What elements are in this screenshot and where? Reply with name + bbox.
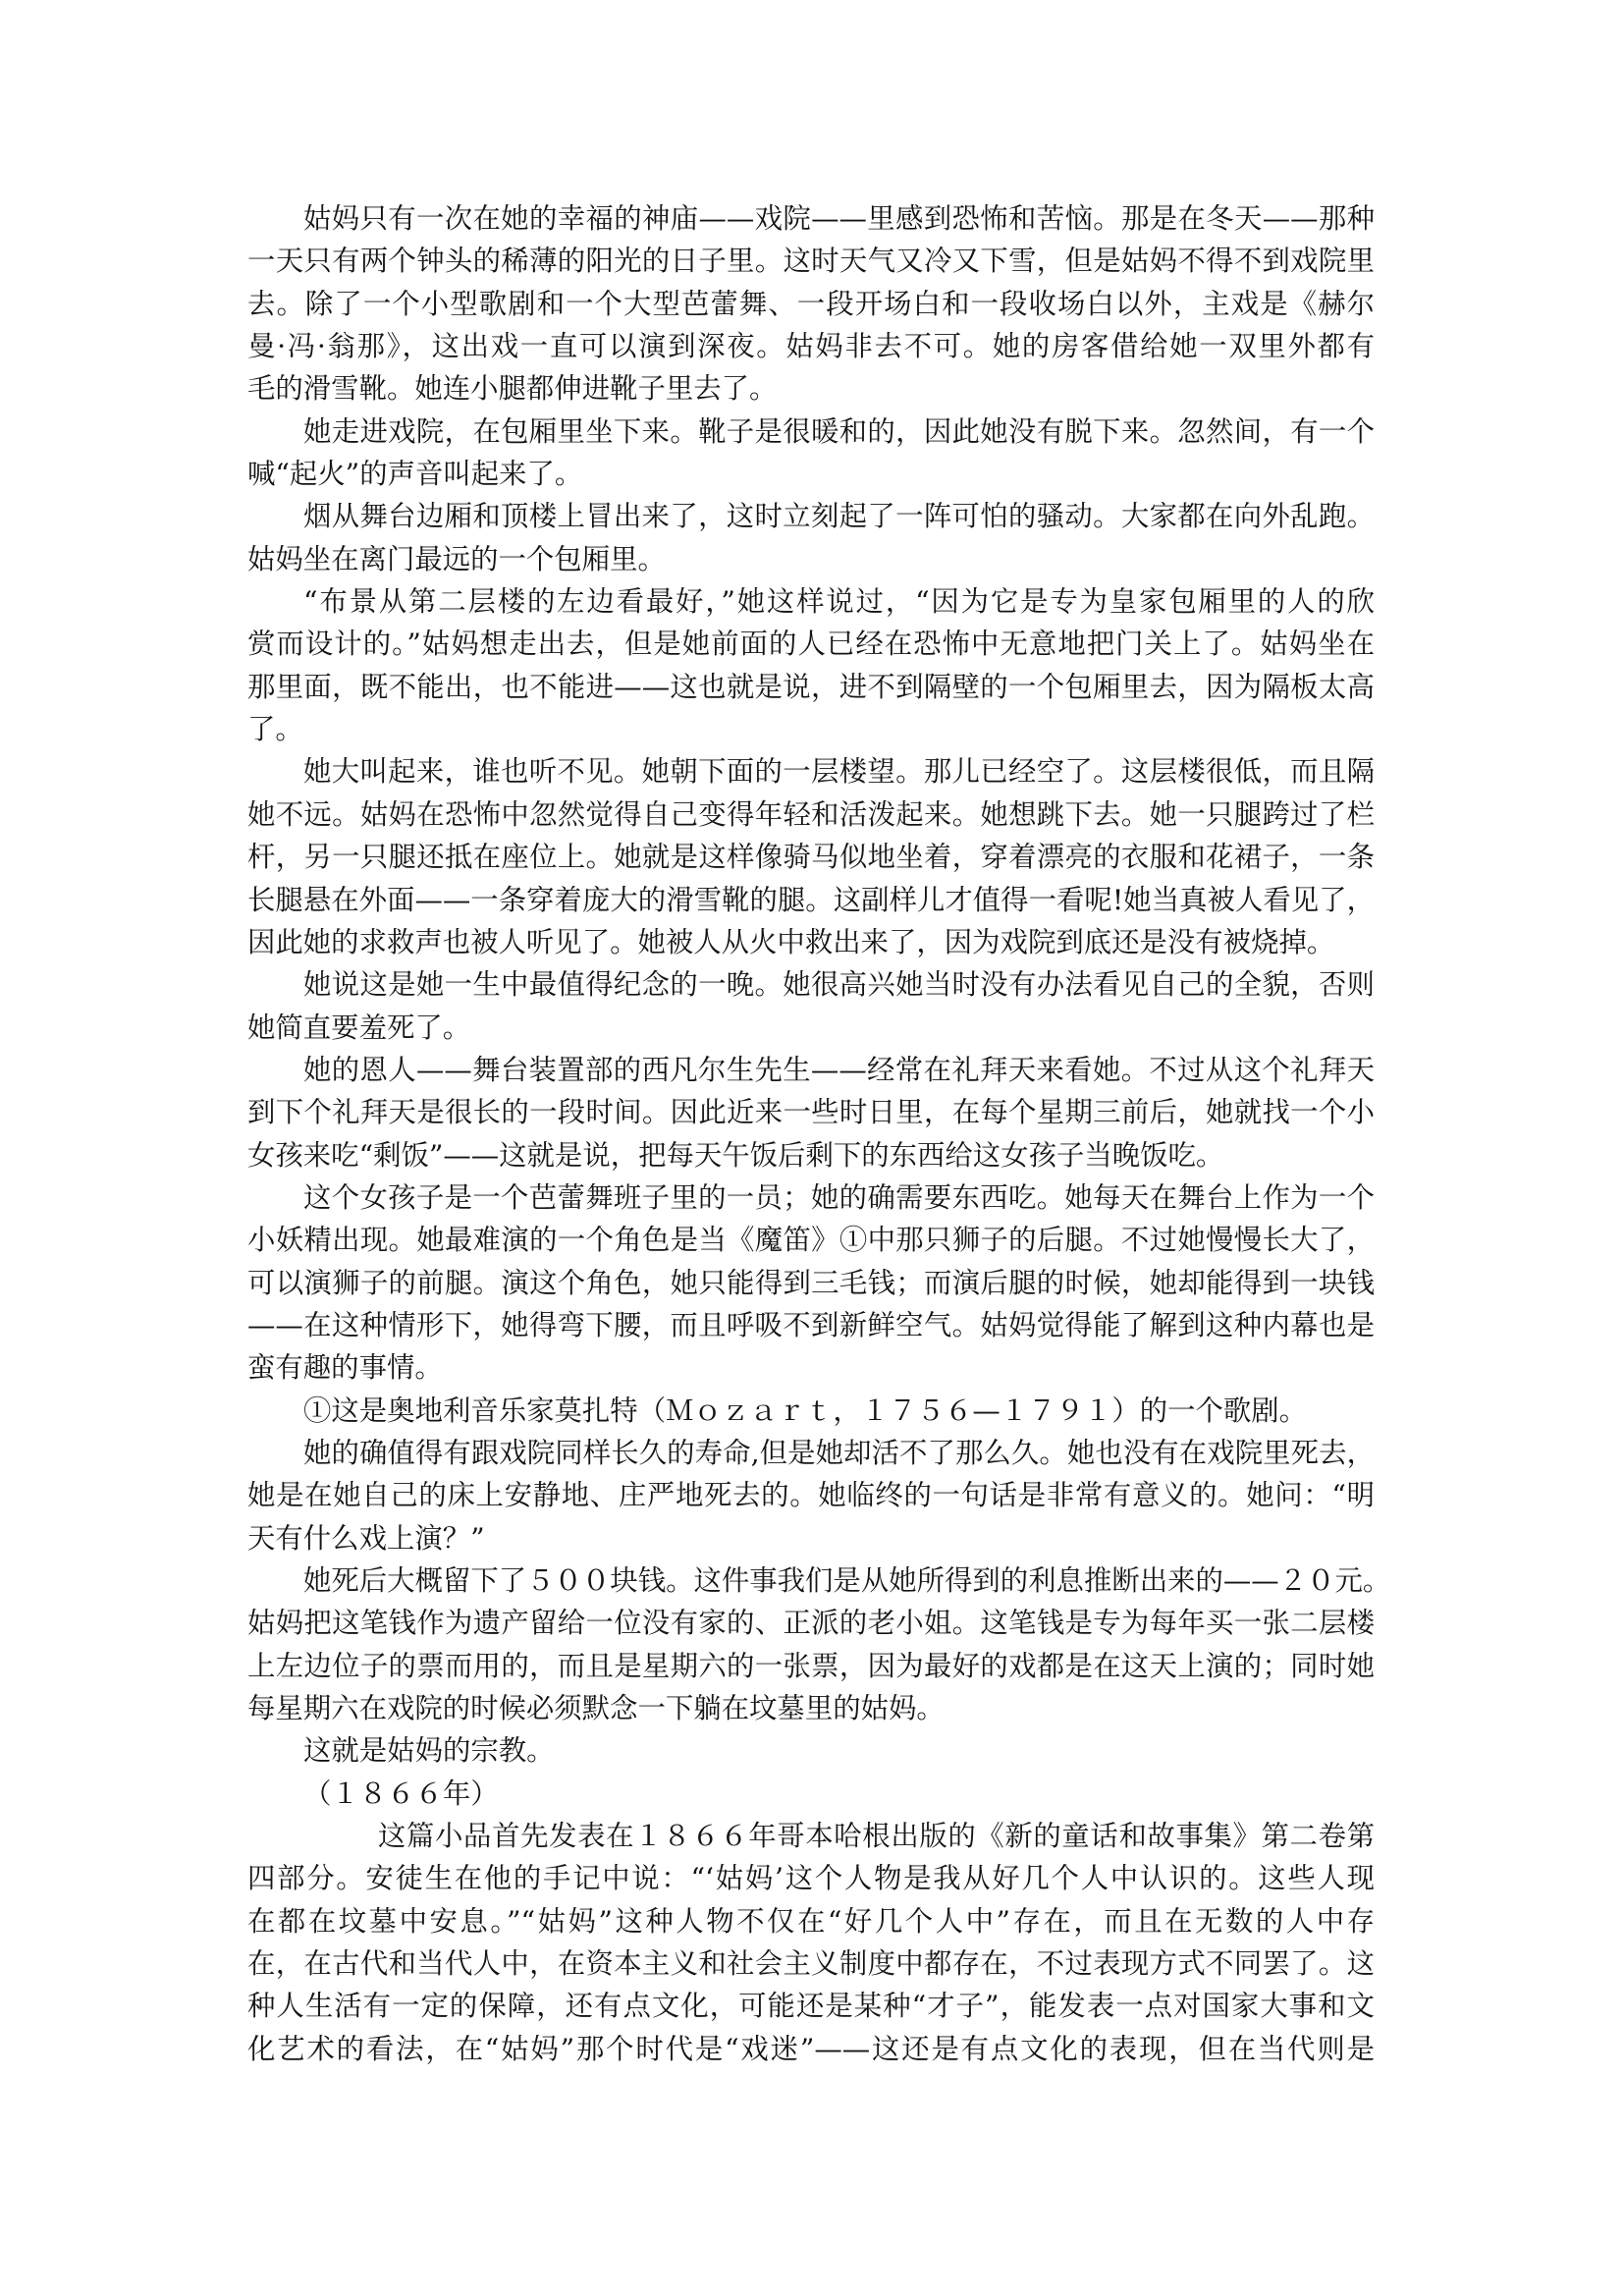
text-line: ——在这种情形下，她得弯下腰，而且呼吸不到新鲜空气。姑妈觉得能了解到这种内幕也是 [247, 1304, 1375, 1346]
text-line: 了。 [247, 708, 1375, 750]
text-line: 四部分。安徒生在他的手记中说：“‘姑妈’这个人物是我从好几个人中认识的。这些人现 [247, 1857, 1375, 1899]
text-line: 曼·冯·翁那》，这出戏一直可以演到深夜。姑妈非去不可。她的房客借给她一双里外都有 [247, 325, 1375, 367]
text-line: 她是在她自己的床上安静地、庄严地死去的。她临终的一句话是非常有意义的。她问：“明 [247, 1474, 1375, 1516]
text-line: 天有什么戏上演？” [247, 1517, 1375, 1559]
text-line: 小妖精出现。她最难演的一个角色是当《魔笛》①中那只狮子的后腿。不过她慢慢长大了， [247, 1219, 1375, 1261]
text-line: 这个女孩子是一个芭蕾舞班子里的一员；她的确需要东西吃。她每天在舞台上作为一个 [247, 1176, 1375, 1219]
text-line: 她大叫起来，谁也听不见。她朝下面的一层楼望。那儿已经空了。这层楼很低，而且隔 [247, 750, 1375, 793]
text-line: 姑妈只有一次在她的幸福的神庙——戏院——里感到恐怖和苦恼。那是在冬天——那种 [247, 197, 1375, 240]
paragraph: 她大叫起来，谁也听不见。她朝下面的一层楼望。那儿已经空了。这层楼很低，而且隔 她… [247, 750, 1375, 963]
text-line: 蛮有趣的事情。 [247, 1346, 1375, 1389]
text-line: 她死后大概留下了５００块钱。这件事我们是从她所得到的利息推断出来的——２０元。 [247, 1559, 1375, 1602]
text-line: 她的恩人——舞台装置部的西凡尔生先生——经常在礼拜天来看她。不过从这个礼拜天 [247, 1049, 1375, 1091]
text-line: 去。除了一个小型歌剧和一个大型芭蕾舞、一段开场白和一段收场白以外，主戏是《赫尔 [247, 283, 1375, 325]
text-line: 她不远。姑妈在恐怖中忽然觉得自己变得年轻和活泼起来。她想跳下去。她一只腿跨过了栏 [247, 793, 1375, 836]
year-text: （１８６６年） [247, 1773, 1375, 1815]
paragraph: 她死后大概留下了５００块钱。这件事我们是从她所得到的利息推断出来的——２０元。 … [247, 1559, 1375, 1729]
text-line: “布景从第二层楼的左边看最好，”她这样说过，“因为它是专为皇家包厢里的人的欣 [247, 580, 1375, 623]
text-line: 她简直要羞死了。 [247, 1007, 1375, 1049]
text-line: 她走进戏院，在包厢里坐下来。靴子是很暖和的，因此她没有脱下来。忽然间，有一个 [247, 410, 1375, 453]
text-line: 这篇小品首先发表在１８６６年哥本哈根出版的《新的童话和故事集》第二卷第 [247, 1815, 1375, 1857]
text-line: 她的确值得有跟戏院同样长久的寿命,但是她却活不了那么久。她也没有在戏院里死去， [247, 1432, 1375, 1474]
text-line: 姑妈把这笔钱作为遗产留给一位没有家的、正派的老小姐。这笔钱是专为每年买一张二层楼 [247, 1602, 1375, 1644]
text-line: 那里面，既不能出，也不能进——这也就是说，进不到隔壁的一个包厢里去，因为隔板太高 [247, 666, 1375, 708]
text-line: 她说这是她一生中最值得纪念的一晚。她很高兴她当时没有办法看见自己的全貌，否则 [247, 963, 1375, 1006]
paragraph: 她的确值得有跟戏院同样长久的寿命,但是她却活不了那么久。她也没有在戏院里死去， … [247, 1432, 1375, 1559]
text-line: 姑妈坐在离门最远的一个包厢里。 [247, 538, 1375, 580]
text-line: 种人生活有一定的保障，还有点文化，可能还是某种“才子”，能发表一点对国家大事和文 [247, 1985, 1375, 2027]
text-line: 赏而设计的。”姑妈想走出去，但是她前面的人已经在恐怖中无意地把门关上了。姑妈坐在 [247, 623, 1375, 665]
paragraph: 这个女孩子是一个芭蕾舞班子里的一员；她的确需要东西吃。她每天在舞台上作为一个 小… [247, 1176, 1375, 1390]
footnote: ①这是奥地利音乐家莫扎特（Ｍｏｚａｒｔ，１７５６—１７９１）的一个歌剧。 [247, 1390, 1375, 1432]
paragraph: “布景从第二层楼的左边看最好，”她这样说过，“因为它是专为皇家包厢里的人的欣 赏… [247, 580, 1375, 750]
paragraph: 烟从舞台边厢和顶楼上冒出来了，这时立刻起了一阵可怕的骚动。大家都在向外乱跑。 姑… [247, 495, 1375, 580]
paragraph: 这就是姑妈的宗教。 [247, 1729, 1375, 1772]
text-line: 长腿悬在外面——一条穿着庞大的滑雪靴的腿。这副样儿才值得一看呢!她当真被人看见了… [247, 879, 1375, 921]
text-line: 女孩来吃“剩饭”——这就是说，把每天午饭后剩下的东西给这女孩子当晚饭吃。 [247, 1134, 1375, 1176]
text-line: 一天只有两个钟头的稀薄的阳光的日子里。这时天气又冷又下雪，但是姑妈不得不到戏院里 [247, 240, 1375, 282]
text-line: 这就是姑妈的宗教。 [247, 1729, 1375, 1772]
text-line: 杆，另一只腿还抵在座位上。她就是这样像骑马似地坐着，穿着漂亮的衣服和花裙子，一条 [247, 836, 1375, 878]
paragraph: 姑妈只有一次在她的幸福的神庙——戏院——里感到恐怖和苦恼。那是在冬天——那种 一… [247, 197, 1375, 410]
text-line: 毛的滑雪靴。她连小腿都伸进靴子里去了。 [247, 367, 1375, 410]
paragraph: 她说这是她一生中最值得纪念的一晚。她很高兴她当时没有办法看见自己的全貌，否则 她… [247, 963, 1375, 1049]
text-line: 在都在坟墓中安息。”“姑妈”这种人物不仅在“好几个人中”存在，而且在无数的人中存 [247, 1900, 1375, 1942]
footnote-line: ①这是奥地利音乐家莫扎特（Ｍｏｚａｒｔ，１７５６—１７９１）的一个歌剧。 [247, 1390, 1375, 1432]
date-line: （１８６６年） [247, 1773, 1375, 1815]
commentary-paragraph: 这篇小品首先发表在１８６６年哥本哈根出版的《新的童话和故事集》第二卷第 四部分。… [247, 1815, 1375, 2070]
text-line: 因此她的求救声也被人听见了。她被人从火中救出来了，因为戏院到底还是没有被烧掉。 [247, 921, 1375, 963]
paragraph: 她的恩人——舞台装置部的西凡尔生先生——经常在礼拜天来看她。不过从这个礼拜天 到… [247, 1049, 1375, 1176]
text-line: 到下个礼拜天是很长的一段时间。因此近来一些时日里，在每个星期三前后，她就找一个小 [247, 1091, 1375, 1133]
paragraph: 她走进戏院，在包厢里坐下来。靴子是很暖和的，因此她没有脱下来。忽然间，有一个 喊… [247, 410, 1375, 496]
text-line: 每星期六在戏院的时候必须默念一下躺在坟墓里的姑妈。 [247, 1687, 1375, 1729]
text-line: 烟从舞台边厢和顶楼上冒出来了，这时立刻起了一阵可怕的骚动。大家都在向外乱跑。 [247, 495, 1375, 537]
body-text: 姑妈只有一次在她的幸福的神庙——戏院——里感到恐怖和苦恼。那是在冬天——那种 一… [247, 197, 1375, 2070]
text-line: 上左边位子的票而用的，而且是星期六的一张票，因为最好的戏都是在这天上演的；同时她 [247, 1645, 1375, 1687]
text-line: 在，在古代和当代人中，在资本主义和社会主义制度中都存在，不过表现方式不同罢了。这 [247, 1942, 1375, 1985]
text-line: 化艺术的看法，在“姑妈”那个时代是“戏迷”——这还是有点文化的表现，但在当代则是 [247, 2028, 1375, 2070]
document-page: 姑妈只有一次在她的幸福的神庙——戏院——里感到恐怖和苦恼。那是在冬天——那种 一… [0, 0, 1623, 2296]
text-line: 可以演狮子的前腿。演这个角色，她只能得到三毛钱；而演后腿的时候，她却能得到一块钱 [247, 1262, 1375, 1304]
text-line: 喊“起火”的声音叫起来了。 [247, 453, 1375, 495]
